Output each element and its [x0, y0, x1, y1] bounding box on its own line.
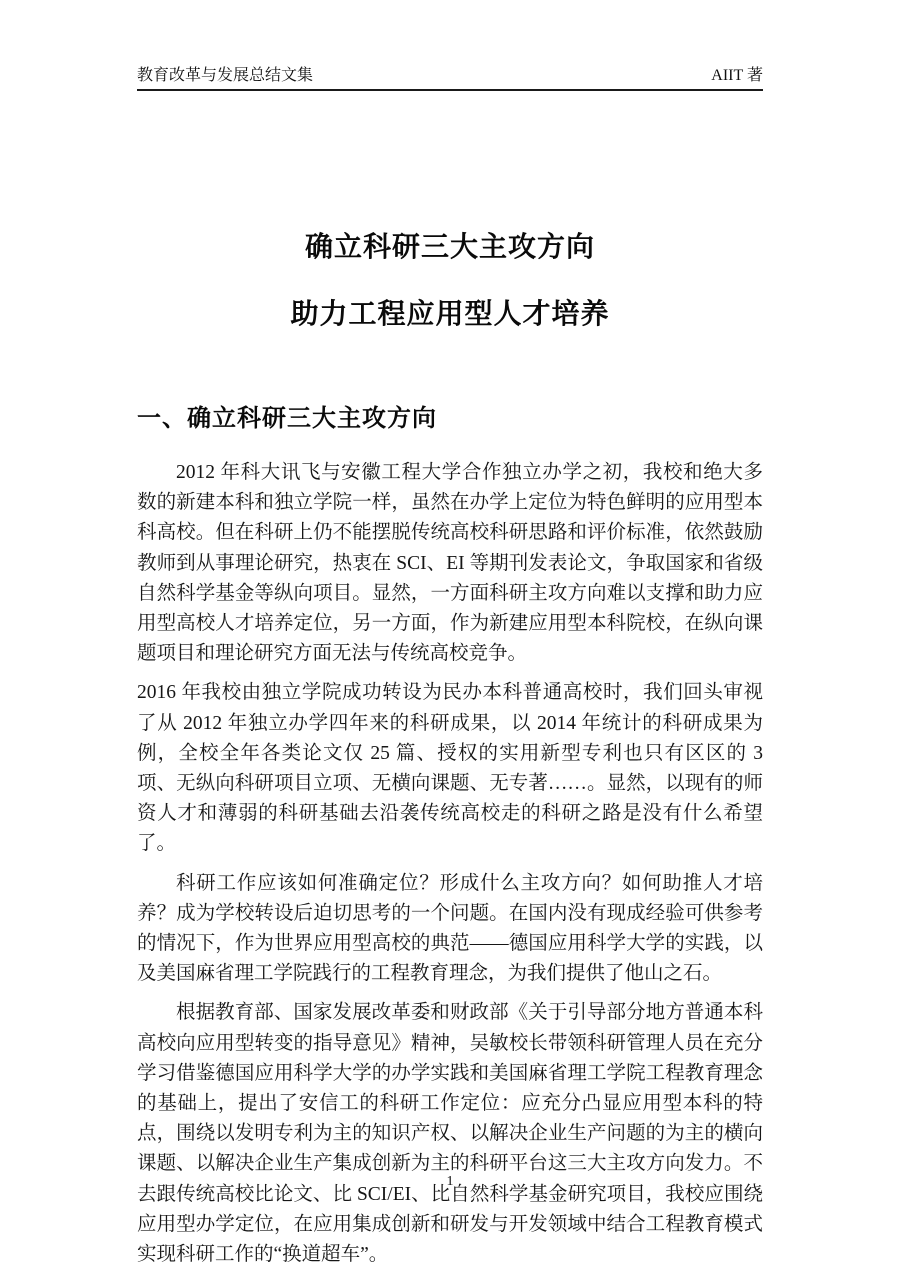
page-number: 1	[0, 1174, 900, 1190]
header-book-title: 教育改革与发展总结文集	[137, 62, 313, 85]
document-title-line-2: 助力工程应用型人才培养	[0, 292, 900, 332]
document-page: 教育改革与发展总结文集 AIIT 著 确立科研三大主攻方向 助力工程应用型人才培…	[0, 0, 900, 1272]
paragraph-4: 根据教育部、国家发展改革委和财政部《关于引导部分地方普通本科高校向应用型转变的指…	[137, 998, 763, 1270]
paragraph-2: 2016 年我校由独立学院成功转设为民办本科普通高校时，我们回头审视了从 201…	[137, 678, 763, 859]
document-title-line-1: 确立科研三大主攻方向	[0, 225, 900, 265]
paragraph-1: 2012 年科大讯飞与安徽工程大学合作独立办学之初，我校和绝大多数的新建本科和独…	[137, 458, 763, 669]
page-header: 教育改革与发展总结文集 AIIT 著	[137, 0, 763, 91]
header-author: AIIT 著	[711, 62, 763, 85]
section-heading: 一、确立科研三大主攻方向	[137, 398, 763, 433]
document-title: 确立科研三大主攻方向 助力工程应用型人才培养	[0, 225, 900, 332]
paragraph-3: 科研工作应该如何准确定位？形成什么主攻方向？如何助推人才培养？成为学校转设后迫切…	[137, 869, 763, 990]
body-text: 2012 年科大讯飞与安徽工程大学合作独立办学之初，我校和绝大多数的新建本科和独…	[137, 458, 763, 1270]
